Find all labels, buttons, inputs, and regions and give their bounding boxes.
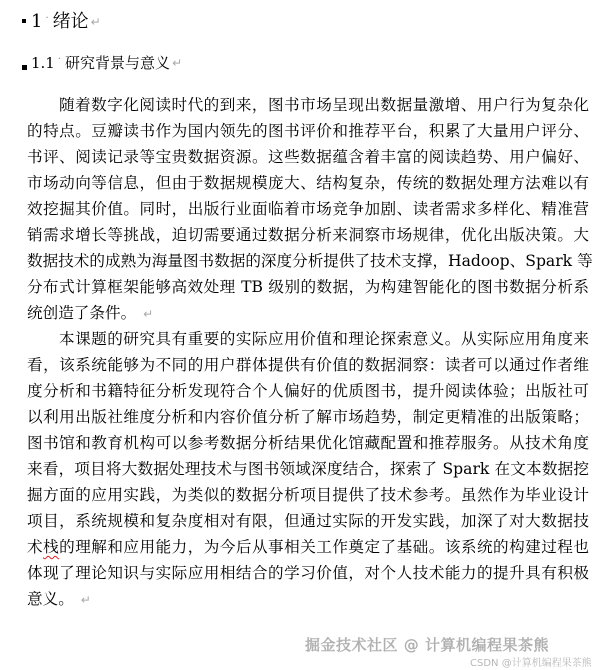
text-line: 度分析和书籍特征分析发现符合个人偏好的优质图书，提升阅读体验；出版社可	[27, 378, 589, 404]
heading-1[interactable]: 1 · 绪论 ↵	[22, 11, 101, 33]
text-line: 分布式计算框架能够高效处理 TB 级别的数据，为构建智能化的图书数据分析系	[27, 274, 589, 300]
text-line-content: 统创造了条件。	[27, 304, 136, 322]
text-line-last: 意义。 ↵	[27, 586, 589, 612]
text-line: 本课题的研究具有重要的实际应用价值和理论探索意义。从实际应用角度来	[27, 326, 589, 352]
heading-2[interactable]: 1.1 · 研究背景与意义 ↵	[22, 52, 182, 74]
text-line: 销需求增长等挑战，迫切需要通过数据分析来洞察市场规律，优化出版决策。大	[27, 222, 589, 248]
body-text[interactable]: 随着数字化阅读时代的到来，图书市场呈现出数据量激增、用户行为复杂化 的特点。豆瓣…	[27, 92, 589, 612]
text-line: 体现了理论知识与实际应用相结合的学习价值，对个人技术能力的提升具有积极	[27, 560, 589, 586]
watermark-csdn: CSDN @计算机编程果茶熊	[470, 654, 592, 669]
text-line: 以利用出版社维度分析和内容价值分析了解市场趋势，制定更精准的出版策略；	[27, 404, 589, 430]
paragraph-mark-icon: ↵	[172, 52, 182, 74]
heading-list-marker	[22, 65, 27, 70]
text-line: 看，该系统能够为不同的用户群体提供有价值的数据洞察：读者可以通过作者维	[27, 352, 589, 378]
heading-title: 研究背景与意义	[65, 52, 170, 74]
paragraph-mark-icon: ↵	[91, 11, 101, 33]
spellcheck-underline[interactable]: 栈	[43, 538, 59, 556]
text-line: 来看，项目将大数据处理技术与图书领域深度结合，探索了 Spark 在文本数据挖	[27, 456, 589, 482]
paragraph-mark-icon: ↵	[81, 593, 91, 607]
text-line-spellcheck: 术栈的理解和应用能力，为今后从事相关工作奠定了基础。该系统的构建过程也	[27, 534, 589, 560]
space-mark: ·	[58, 49, 61, 71]
document-page: 1 · 绪论 ↵ 1.1 · 研究背景与意义 ↵ 随着数字化阅读时代的到来，图书…	[0, 0, 616, 670]
space-mark: ·	[45, 8, 48, 30]
paragraph-mark-icon: ↵	[143, 307, 153, 321]
text-line: 效挖掘其价值。同时，出版行业面临着市场竞争加剧、读者需求多样化、精准营	[27, 196, 589, 222]
text-line: 书评、阅读记录等宝贵数据资源。这些数据蕴含着丰富的阅读趋势、用户偏好、	[27, 144, 589, 170]
text-line: 随着数字化阅读时代的到来，图书市场呈现出数据量激增、用户行为复杂化	[27, 92, 589, 118]
text-prefix: 术	[27, 538, 43, 556]
text-line: 市场动向等信息，但由于数据规模庞大、结构复杂，传统的数据处理方法难以有	[27, 170, 589, 196]
paragraph[interactable]: 本课题的研究具有重要的实际应用价值和理论探索意义。从实际应用角度来 看，该系统能…	[27, 326, 589, 612]
text-line-last: 统创造了条件。 ↵	[27, 300, 589, 326]
watermark-juejin: 掘金技术社区 @ 计算机编程果茶熊	[305, 634, 549, 655]
text-line: 掘方面的应用实践，为类似的数据分析项目提供了技术参考。虽然作为毕业设计	[27, 482, 589, 508]
text-line-content: 意义。	[27, 590, 74, 608]
text-line: 数据技术的成熟为海量图书数据的深度分析提供了技术支撑，Hadoop、Spark …	[27, 248, 589, 274]
heading-list-marker	[22, 19, 26, 23]
text-line: 图书馆和教育机构可以参考数据分析结果优化馆藏配置和推荐服务。从技术角度	[27, 430, 589, 456]
heading-title: 绪论	[53, 11, 89, 33]
text-suffix: 的理解和应用能力，为今后从事相关工作奠定了基础。该系统的构建过程也	[59, 538, 589, 556]
heading-number: 1.1	[31, 52, 55, 74]
paragraph[interactable]: 随着数字化阅读时代的到来，图书市场呈现出数据量激增、用户行为复杂化 的特点。豆瓣…	[27, 92, 589, 326]
text-line: 的特点。豆瓣读书作为国内领先的图书评价和推荐平台，积累了大量用户评分、	[27, 118, 589, 144]
heading-number: 1	[31, 11, 42, 33]
text-line: 项目，系统规模和复杂度相对有限，但通过实际的开发实践，加深了对大数据技	[27, 508, 589, 534]
